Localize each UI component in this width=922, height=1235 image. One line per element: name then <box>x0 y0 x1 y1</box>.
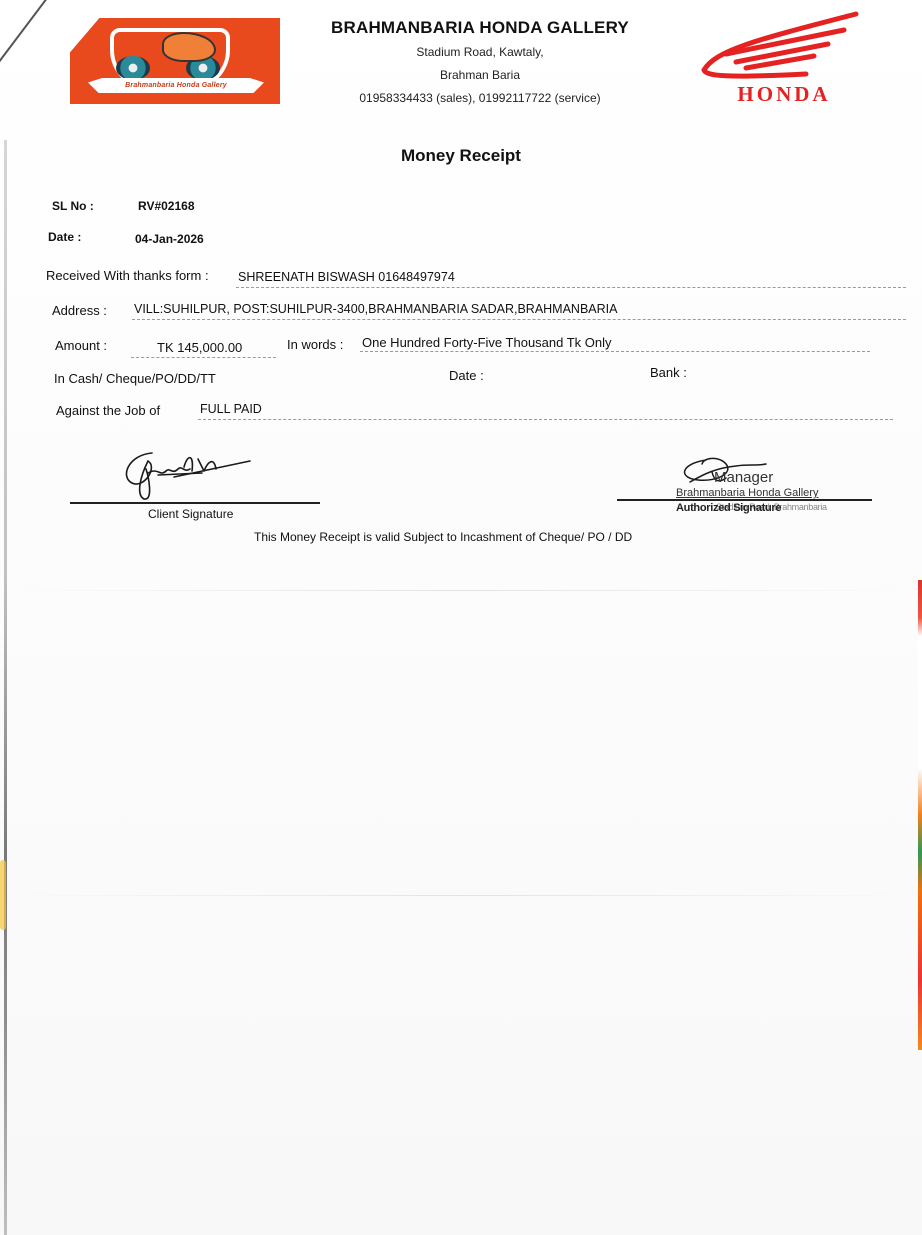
company-phones: 01958334433 (sales), 01992117722 (servic… <box>300 91 660 105</box>
receipt-paper: Brahmanbaria Honda Gallery BRAHMANBARIA … <box>0 0 922 1235</box>
client-signature-line <box>70 502 320 504</box>
dealer-logo-banner: Brahmanbaria Honda Gallery <box>88 78 264 93</box>
stamp-company-name: Brahmanbaria Honda Gallery <box>676 487 818 499</box>
amount-label: Amount : <box>55 338 107 353</box>
honda-wordmark: HONDA <box>696 82 872 107</box>
in-words-underline <box>360 351 870 352</box>
date-value: 04-Jan-2026 <box>135 232 204 246</box>
in-words-label: In words : <box>287 337 343 352</box>
job-label: Against the Job of <box>56 403 160 418</box>
client-signature-scribble <box>118 447 258 505</box>
address-underline <box>132 319 906 320</box>
paper-crease <box>0 590 922 591</box>
background-edge-colored <box>918 580 922 1050</box>
manager-title: Manager <box>714 469 773 486</box>
motorcycle-wheel-icon <box>116 56 150 80</box>
job-value: FULL PAID <box>200 402 262 416</box>
paper-crease <box>0 895 922 896</box>
date-label: Date : <box>48 230 81 244</box>
validity-note: This Money Receipt is valid Subject to I… <box>254 530 632 544</box>
payment-mode-label: In Cash/ Cheque/PO/DD/TT <box>54 371 216 386</box>
sl-no-value: RV#02168 <box>138 199 195 213</box>
receipt-title: Money Receipt <box>0 146 922 166</box>
address-value: VILL:SUHILPUR, POST:SUHILPUR-3400,BRAHMA… <box>134 302 617 316</box>
received-from-value: SHREENATH BISWASH 01648497974 <box>238 270 455 284</box>
stamp-overlap-text: Stadium Road, Brahmanbaria <box>716 502 827 512</box>
sl-no-label: SL No : <box>52 199 94 213</box>
in-words-value: One Hundred Forty-Five Thousand Tk Only <box>362 335 612 350</box>
paper-left-edge <box>4 140 7 1235</box>
client-signature-caption: Client Signature <box>148 507 233 521</box>
honda-wing-icon <box>696 10 872 82</box>
received-from-label: Received With thanks form : <box>46 268 209 283</box>
amount-value: TK 145,000.00 <box>157 340 242 355</box>
job-underline <box>198 419 893 420</box>
dealer-logo: Brahmanbaria Honda Gallery <box>70 18 280 104</box>
company-address-line2: Brahman Baria <box>300 68 660 82</box>
honda-logo: HONDA <box>696 10 872 110</box>
company-address-line1: Stadium Road, Kawtaly, <box>300 45 660 59</box>
company-header: BRAHMANBARIA HONDA GALLERY Stadium Road,… <box>300 18 660 105</box>
payment-date-label: Date : <box>449 368 484 383</box>
bank-label: Bank : <box>650 365 687 380</box>
amount-underline <box>131 357 276 358</box>
authorized-signature-line <box>617 499 872 501</box>
received-from-underline <box>236 287 906 288</box>
company-name: BRAHMANBARIA HONDA GALLERY <box>300 18 660 38</box>
address-label: Address : <box>52 303 107 318</box>
